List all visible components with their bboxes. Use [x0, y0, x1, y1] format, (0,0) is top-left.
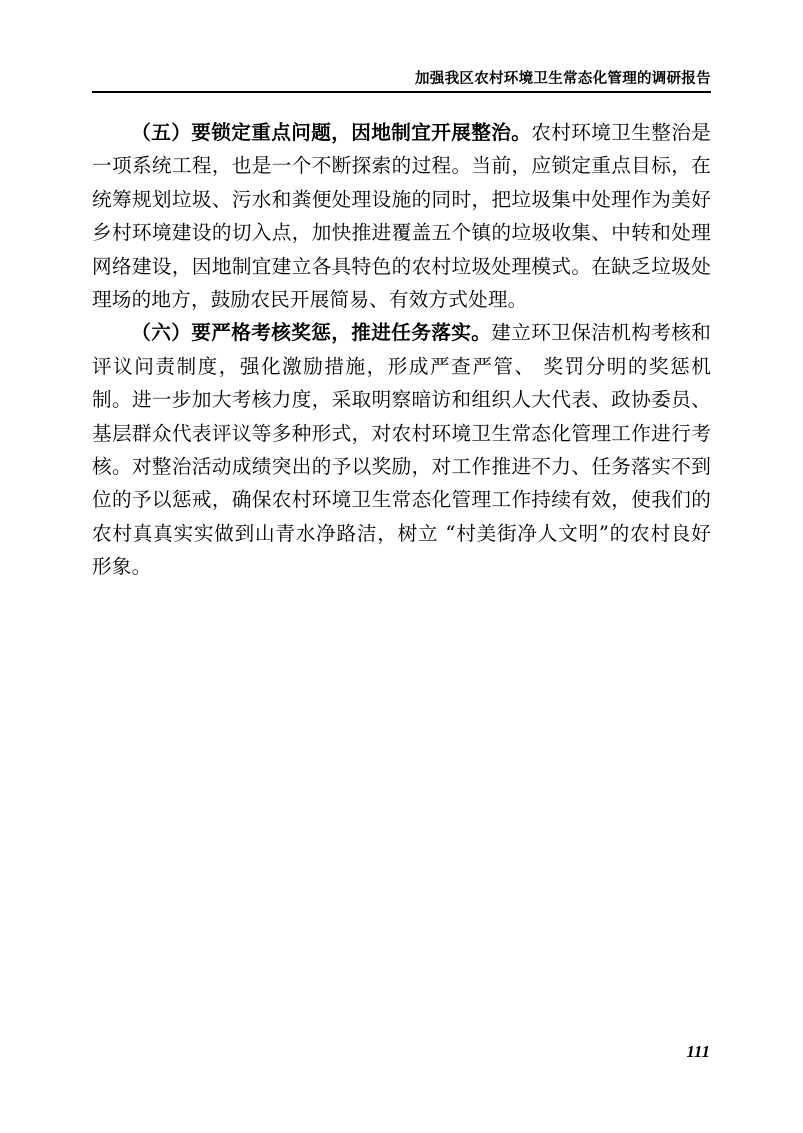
paragraph-six: （六）要严格考核奖惩，推进任务落实。建立环卫保洁机构考核和评议问责制度，强化激励… — [92, 316, 711, 583]
body-text: （五）要锁定重点问题，因地制宜开展整治。农村环境卫生整治是一项系统工程，也是一个… — [92, 116, 711, 584]
paragraph-five: （五）要锁定重点问题，因地制宜开展整治。农村环境卫生整治是一项系统工程，也是一个… — [92, 116, 711, 316]
paragraph-body: 农村环境卫生整治是一项系统工程，也是一个不断探索的过程。当前，应锁定重点目标，在… — [92, 121, 711, 311]
paragraph-lead-heading: （六）要严格考核奖惩，推进任务落实。 — [131, 321, 491, 344]
running-header-title: 加强我区农村环境卫生常态化管理的调研报告 — [92, 70, 711, 88]
document-page: 加强我区农村环境卫生常态化管理的调研报告 （五）要锁定重点问题，因地制宜开展整治… — [0, 0, 803, 1133]
paragraph-body: 建立环卫保洁机构考核和评议问责制度，强化激励措施，形成严查严管、 奖罚分明的奖惩… — [92, 321, 711, 578]
header-rule — [92, 91, 711, 93]
page-number: 111 — [640, 1042, 710, 1062]
paragraph-lead-heading: （五）要锁定重点问题，因地制宜开展整治。 — [131, 121, 531, 144]
